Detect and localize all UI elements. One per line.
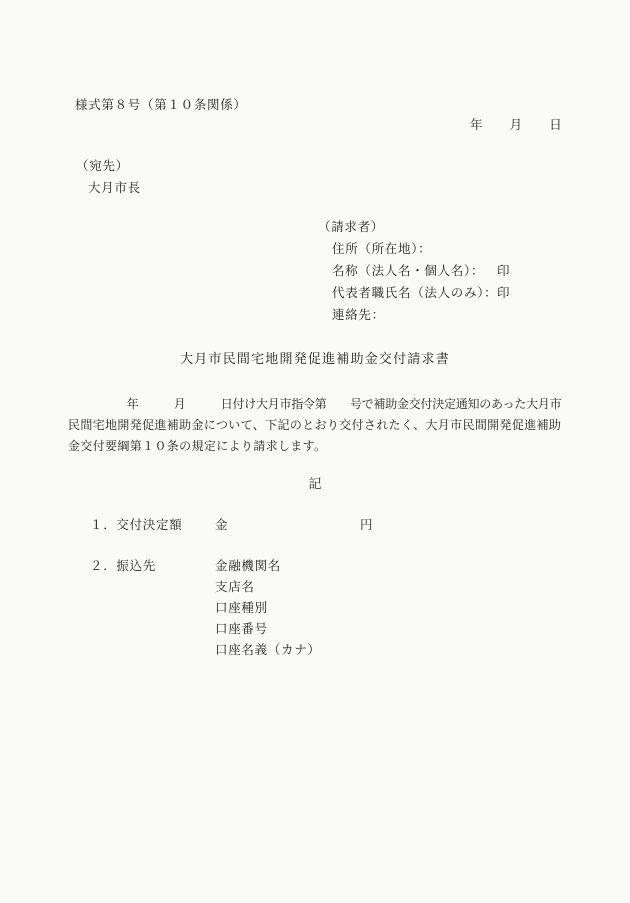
item1-label: １．交付決定額 [90, 519, 182, 532]
representative-seal-mark: 印 [497, 287, 510, 300]
document-title: 大月市民間宅地開発促進補助金交付請求書 [0, 352, 630, 365]
body-paragraph-line-1: 年 月 日付け大月市指令第 号で補助金交付決定通知のあった大月市 [68, 398, 561, 410]
addressee-label: （宛先） [76, 160, 129, 173]
form-number: 様式第８号（第１０条関係） [75, 99, 247, 112]
item2-label: ２．振込先 [90, 560, 156, 573]
bank-branch-label: 支店名 [215, 581, 255, 594]
account-number-label: 口座番号 [215, 623, 268, 636]
record-marker: 記 [0, 477, 630, 490]
document-page: 様式第８号（第１０条関係） 年 月 日 （宛先） 大月市長 （請求者） 住所（所… [0, 0, 630, 903]
date-line: 年 月 日 [470, 119, 562, 132]
claimant-representative-label: 代表者職氏名（法人のみ）： [332, 287, 497, 300]
item1-currency-prefix: 金 [215, 519, 228, 532]
name-seal-mark: 印 [497, 265, 510, 278]
claimant-label: （請求者） [318, 221, 384, 234]
claimant-contact-label: 連絡先： [332, 309, 385, 322]
account-holder-label: 口座名義（カナ） [215, 644, 321, 657]
account-type-label: 口座種別 [215, 602, 268, 615]
bank-institution-label: 金融機関名 [215, 560, 281, 573]
body-paragraph-line-2: 民間宅地開発促進補助金について、下記のとおり交付されたく、大月市民間開発促進補助 [68, 419, 561, 431]
claimant-address-label: 住所（所在地）： [332, 243, 431, 256]
body-paragraph-line-3: 金交付要綱第１０条の規定により請求します。 [68, 440, 326, 452]
addressee-name: 大月市長 [88, 182, 141, 195]
item1-currency-suffix: 円 [360, 519, 373, 532]
claimant-name-label: 名称（法人名・個人名）： [332, 265, 484, 278]
